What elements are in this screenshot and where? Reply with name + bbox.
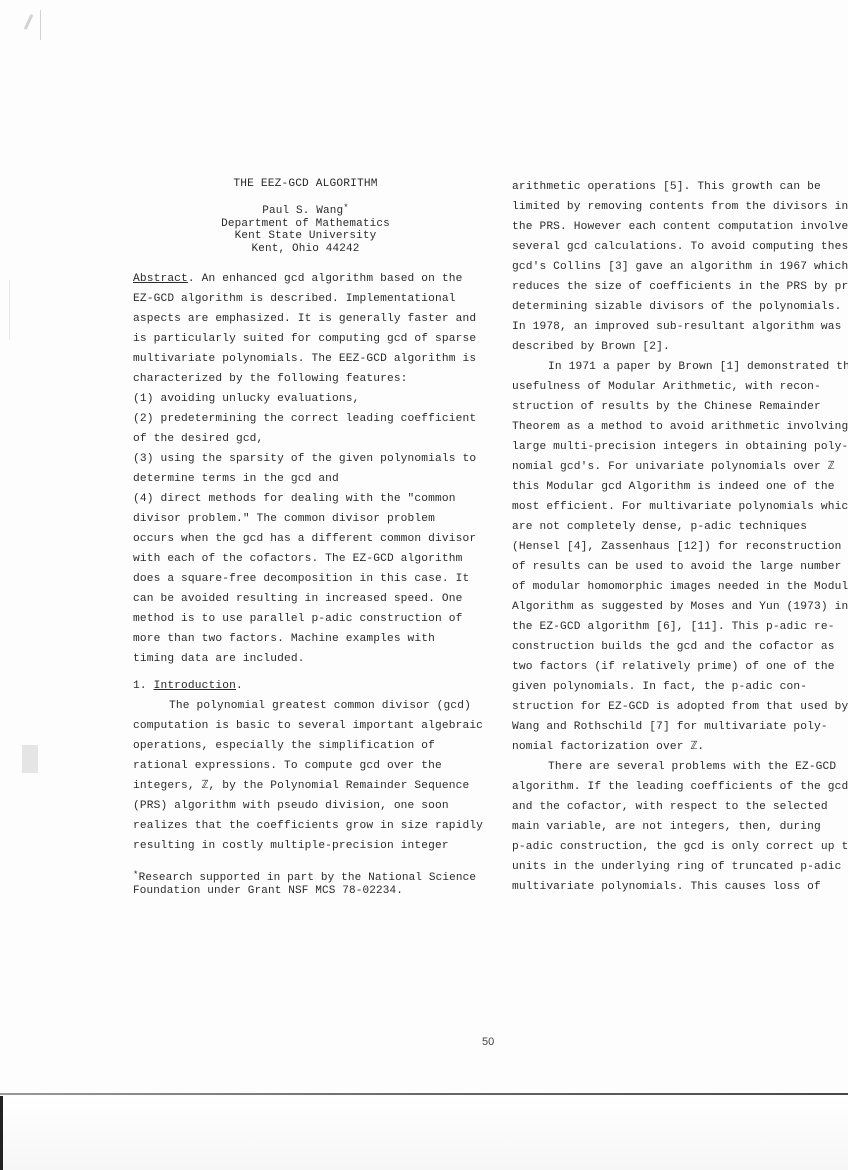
body-line: are not completely dense, p-adic techniq… xyxy=(512,517,848,537)
body-line: operations, especially the simplificatio… xyxy=(133,736,478,756)
abstract-line: divisor problem." The common divisor pro… xyxy=(133,509,478,529)
footnote-line: Foundation under Grant NSF MCS 78-02234. xyxy=(133,885,478,898)
body-line: arithmetic operations [5]. This growth c… xyxy=(512,177,848,197)
section-number: 1. xyxy=(133,680,154,692)
paragraph-problems: There are several problems with the EZ-G… xyxy=(512,757,848,897)
abstract-line: EZ-GCD algorithm is described. Implement… xyxy=(133,289,478,309)
page-number: 50 xyxy=(482,1036,494,1048)
scan-artifact-left-edge xyxy=(9,280,10,340)
body-line: the PRS. However each content computatio… xyxy=(512,217,848,237)
body-line: Wang and Rothschild [7] for multivariate… xyxy=(512,717,848,737)
abstract-line: is particularly suited for computing gcd… xyxy=(133,329,478,349)
body-line: struction of results by the Chinese Rema… xyxy=(512,397,848,417)
abstract-feature-4: (4) direct methods for dealing with the … xyxy=(133,489,478,509)
left-column: THE EEZ-GCD ALGORITHM Paul S. Wang* Depa… xyxy=(133,177,478,897)
abstract-line: Abstract. An enhanced gcd algorithm base… xyxy=(133,269,478,289)
scanned-page: THE EEZ-GCD ALGORITHM Paul S. Wang* Depa… xyxy=(0,0,848,1096)
body-line: The polynomial greatest common divisor (… xyxy=(133,696,478,716)
abstract-feature-2: (2) predetermining the correct leading c… xyxy=(133,409,478,429)
body-line: described by Brown [2]. xyxy=(512,337,848,357)
abstract-line: more than two factors. Machine examples … xyxy=(133,629,478,649)
scanner-edge xyxy=(0,1096,3,1170)
body-line: computation is basic to several importan… xyxy=(133,716,478,736)
body-line: rational expressions. To compute gcd ove… xyxy=(133,756,478,776)
body-line: There are several problems with the EZ-G… xyxy=(512,757,848,777)
abstract-line: determine terms in the gcd and xyxy=(133,469,478,489)
author-institution: Kent State University xyxy=(133,230,478,243)
abstract-line: aspects are emphasized. It is generally … xyxy=(133,309,478,329)
abstract-line: can be avoided resulting in increased sp… xyxy=(133,589,478,609)
body-line: most efficient. For multivariate polynom… xyxy=(512,497,848,517)
body-line: reduces the size of coefficients in the … xyxy=(512,277,848,297)
body-line: struction for EZ-GCD is adopted from tha… xyxy=(512,697,848,717)
author-name: Paul S. Wang xyxy=(262,205,343,217)
abstract-line: with each of the cofactors. The EZ-GCD a… xyxy=(133,549,478,569)
body-line: multivariate polynomials. This causes lo… xyxy=(512,877,848,897)
footnote-line: *Research supported in part by the Natio… xyxy=(133,872,478,885)
body-line: this Modular gcd Algorithm is indeed one… xyxy=(512,477,848,497)
abstract-line: multivariate polynomials. The EEZ-GCD al… xyxy=(133,349,478,369)
body-line: two factors (if relatively prime) of one… xyxy=(512,657,848,677)
body-line: and the cofactor, with respect to the se… xyxy=(512,797,848,817)
abstract-line: of the desired gcd, xyxy=(133,429,478,449)
abstract: Abstract. An enhanced gcd algorithm base… xyxy=(133,269,478,669)
footnote-mark: * xyxy=(133,870,139,880)
body-line: determining sizable divisors of the poly… xyxy=(512,297,848,317)
abstract-feature-1: (1) avoiding unlucky evaluations, xyxy=(133,389,478,409)
paragraph-prs: arithmetic operations [5]. This growth c… xyxy=(512,177,848,357)
author-address: Kent, Ohio 44242 xyxy=(133,243,478,256)
footnote: *Research supported in part by the Natio… xyxy=(133,872,478,897)
abstract-label: Abstract xyxy=(133,273,188,285)
author-department: Department of Mathematics xyxy=(133,218,478,231)
paragraph-modular: In 1971 a paper by Brown [1] demonstrate… xyxy=(512,357,848,757)
body-line: several gcd calculations. To avoid compu… xyxy=(512,237,848,257)
body-line: (PRS) algorithm with pseudo division, on… xyxy=(133,796,478,816)
body-line: p-adic construction, the gcd is only cor… xyxy=(512,837,848,857)
section-heading: 1. Introduction. xyxy=(133,676,478,696)
body-line: main variable, are not integers, then, d… xyxy=(512,817,848,837)
body-line: large multi-precision integers in obtain… xyxy=(512,437,848,457)
scan-artifact-top-left xyxy=(24,14,33,30)
section-title: Introduction xyxy=(154,680,236,692)
body-line: Theorem as a method to avoid arithmetic … xyxy=(512,417,848,437)
abstract-feature-3: (3) using the sparsity of the given poly… xyxy=(133,449,478,469)
scanner-background xyxy=(0,1096,848,1170)
body-line: In 1978, an improved sub-resultant algor… xyxy=(512,317,848,337)
body-line: construction builds the gcd and the cofa… xyxy=(512,637,848,657)
intro-paragraph: The polynomial greatest common divisor (… xyxy=(133,696,478,856)
body-line: limited by removing contents from the di… xyxy=(512,197,848,217)
body-line: units in the underlying ring of truncate… xyxy=(512,857,848,877)
abstract-line: timing data are included. xyxy=(133,649,478,669)
title-block: THE EEZ-GCD ALGORITHM Paul S. Wang* Depa… xyxy=(133,177,478,255)
body-line: Algorithm as suggested by Moses and Yun … xyxy=(512,597,848,617)
body-line: resulting in costly multiple-precision i… xyxy=(133,836,478,856)
body-line: nomial gcd's. For univariate polynomials… xyxy=(512,457,848,477)
body-line: integers, ℤ, by the Polynomial Remainder… xyxy=(133,776,478,796)
body-line: algorithm. If the leading coefficients o… xyxy=(512,777,848,797)
scan-artifact-top-left-line xyxy=(40,10,41,40)
abstract-line: characterized by the following features: xyxy=(133,369,478,389)
body-line: given polynomials. In fact, the p-adic c… xyxy=(512,677,848,697)
abstract-line: does a square-free decomposition in this… xyxy=(133,569,478,589)
body-line: gcd's Collins [3] gave an algorithm in 1… xyxy=(512,257,848,277)
body-line: of results can be used to avoid the larg… xyxy=(512,557,848,577)
paper-title: THE EEZ-GCD ALGORITHM xyxy=(133,177,478,191)
body-line: (Hensel [4], Zassenhaus [12]) for recons… xyxy=(512,537,848,557)
body-line: realizes that the coefficients grow in s… xyxy=(133,816,478,836)
abstract-line: occurs when the gcd has a different comm… xyxy=(133,529,478,549)
author-footnote-mark: * xyxy=(343,203,349,213)
body-line: nomial factorization over ℤ. xyxy=(512,737,848,757)
body-line: In 1971 a paper by Brown [1] demonstrate… xyxy=(512,357,848,377)
page-bottom-edge xyxy=(0,1093,848,1095)
body-line: of modular homomorphic images needed in … xyxy=(512,577,848,597)
body-line: usefulness of Modular Arithmetic, with r… xyxy=(512,377,848,397)
body-line: the EZ-GCD algorithm [6], [11]. This p-a… xyxy=(512,617,848,637)
right-column: arithmetic operations [5]. This growth c… xyxy=(512,177,848,897)
scan-artifact-left-margin xyxy=(22,745,38,773)
abstract-line: method is to use parallel p-adic constru… xyxy=(133,609,478,629)
author-name-line: Paul S. Wang* xyxy=(133,205,478,218)
